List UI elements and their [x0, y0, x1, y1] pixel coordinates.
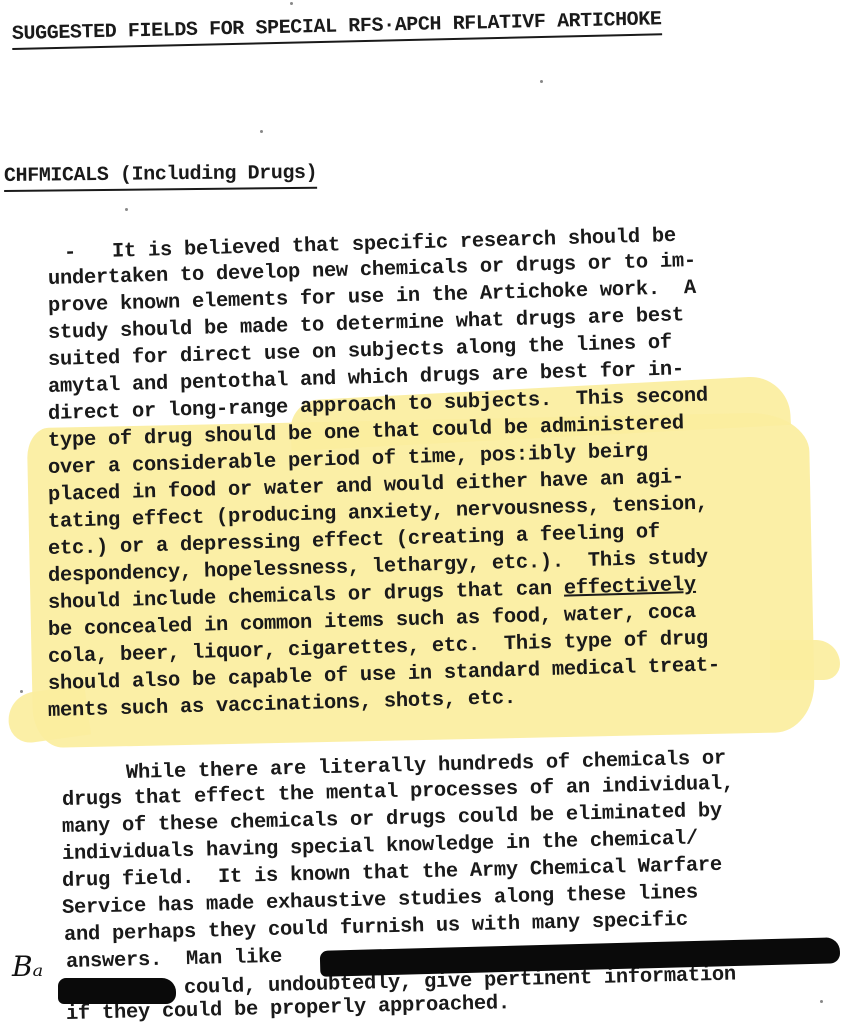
redaction-bar [58, 978, 176, 1004]
scan-speck [260, 130, 263, 133]
paragraph-line: answers. Man like [66, 946, 283, 974]
scan-speck [20, 690, 23, 693]
section-heading: CHFMICALS (Including Drugs) [4, 162, 318, 192]
scan-speck [290, 2, 293, 5]
scan-speck [820, 1000, 823, 1003]
highlight-mark [770, 640, 840, 680]
handwritten-annotation: Bₐ [12, 950, 43, 983]
scan-speck [540, 80, 543, 83]
underlined-word: effectively [564, 574, 697, 601]
document-title: SUGGESTED FIELDS FOR SPECIAL RFS·APCH RF… [12, 8, 662, 50]
scan-speck [125, 208, 128, 211]
document-page: SUGGESTED FIELDS FOR SPECIAL RFS·APCH RF… [0, 0, 841, 1023]
